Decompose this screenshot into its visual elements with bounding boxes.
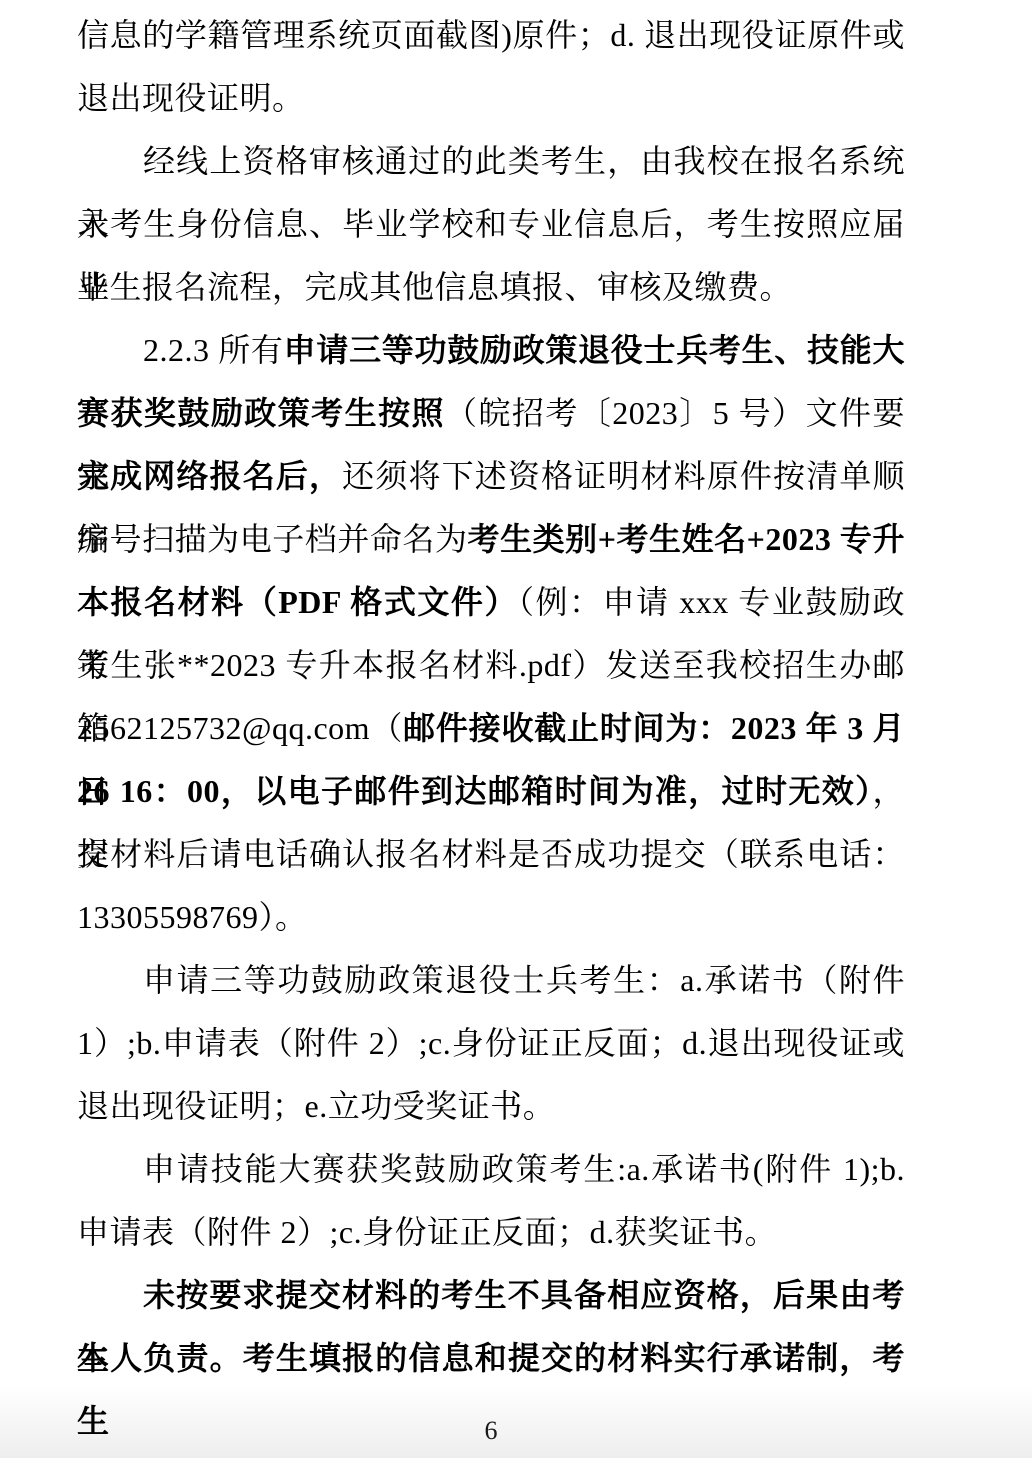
- text-run: 2562125732@qq.com（: [77, 710, 403, 746]
- text-line: 本人负责。考生填报的信息和提交的材料实行承诺制，考生: [77, 1327, 905, 1390]
- text-line: 申请表（附件 2）;c.身份证正反面；d.获奖证书。: [77, 1201, 905, 1264]
- text-line: 申请三等功鼓励政策退役士兵考生：a.承诺书（附件: [77, 949, 905, 1012]
- text-run: 完成网络报名后，: [77, 458, 342, 494]
- text-line: 经线上资格审核通过的此类考生，由我校在报名系统录: [77, 130, 905, 193]
- text-run: 考生类别+考生姓名+2023 专升: [468, 521, 905, 557]
- page-footer: 6: [77, 1416, 905, 1446]
- text-line: 入考生身份信息、毕业学校和专业信息后，考生按照应届毕: [77, 193, 905, 256]
- text-line: 未按要求提交材料的考生不具备相应资格，后果由考生: [77, 1264, 905, 1327]
- text-run: 交材料后请电话确认报名材料是否成功提交（联系电话：: [77, 836, 905, 872]
- text-run: 2.2.3 所有: [143, 332, 284, 368]
- text-line: 2562125732@qq.com（邮件接收截止时间为：2023 年 3 月 2…: [77, 697, 905, 760]
- text-run: 日 16：00，以电子邮件到达邮箱时间为准，过时无效）: [77, 773, 872, 809]
- text-line: 赛获奖鼓励政策考生按照（皖招考〔2023〕5 号）文件要求: [77, 382, 905, 445]
- text-run: 信息的学籍管理系统页面截图)原件；d. 退出现役证原件或: [77, 17, 905, 53]
- text-run: 申请技能大赛获奖鼓励政策考生:a.承诺书(附件 1);b.: [143, 1151, 905, 1187]
- text-line: 13305598769）。: [77, 886, 905, 949]
- text-run: 13305598769）。: [77, 899, 308, 935]
- text-run: 赛获奖鼓励政策考生按照: [77, 395, 445, 431]
- text-line: 交材料后请电话确认报名材料是否成功提交（联系电话：: [77, 823, 905, 886]
- text-run: 退出现役证明；e.立功受奖证书。: [77, 1088, 555, 1124]
- text-line: 2.2.3 所有申请三等功鼓励政策退役士兵考生、技能大: [77, 319, 905, 382]
- text-line: 考生张**2023 专升本报名材料.pdf）发送至我校招生办邮箱: [77, 634, 905, 697]
- text-line: 业生报名流程，完成其他信息填报、审核及缴费。: [77, 256, 905, 319]
- text-line: 1）;b.申请表（附件 2）;c.身份证正反面；d.退出现役证或: [77, 1012, 905, 1075]
- text-line: 日 16：00，以电子邮件到达邮箱时间为准，过时无效），提: [77, 760, 905, 823]
- text-line: 本报名材料（PDF 格式文件）（例：申请 xxx 专业鼓励政策: [77, 571, 905, 634]
- text-line: 申请技能大赛获奖鼓励政策考生:a.承诺书(附件 1);b.: [77, 1138, 905, 1201]
- text-run: 本报名材料（PDF 格式文件）: [77, 584, 518, 620]
- page-number: 6: [485, 1416, 498, 1445]
- document-body: 信息的学籍管理系统页面截图)原件；d. 退出现役证原件或退出现役证明。经线上资格…: [77, 4, 905, 1390]
- document-page: 信息的学籍管理系统页面截图)原件；d. 退出现役证原件或退出现役证明。经线上资格…: [0, 0, 1032, 1458]
- text-run: 申请表（附件 2）;c.身份证正反面；d.获奖证书。: [77, 1214, 777, 1250]
- text-run: 申请三等功鼓励政策退役士兵考生：a.承诺书（附件: [143, 962, 905, 998]
- text-line: 编号扫描为电子档并命名为考生类别+考生姓名+2023 专升: [77, 508, 905, 571]
- text-line: 退出现役证明；e.立功受奖证书。: [77, 1075, 905, 1138]
- text-run: 申请三等功鼓励政策退役士兵考生、技能大: [284, 332, 905, 368]
- text-line: 信息的学籍管理系统页面截图)原件；d. 退出现役证原件或: [77, 4, 905, 67]
- text-run: 业生报名流程，完成其他信息填报、审核及缴费。: [77, 269, 792, 305]
- text-line: 退出现役证明。: [77, 67, 905, 130]
- text-run: 编号扫描为电子档并命名为: [77, 521, 468, 557]
- text-run: 1）;b.申请表（附件 2）;c.身份证正反面；d.退出现役证或: [77, 1025, 905, 1061]
- text-line: 完成网络报名后，还须将下述资格证明材料原件按清单顺序: [77, 445, 905, 508]
- text-run: 退出现役证明。: [77, 80, 305, 116]
